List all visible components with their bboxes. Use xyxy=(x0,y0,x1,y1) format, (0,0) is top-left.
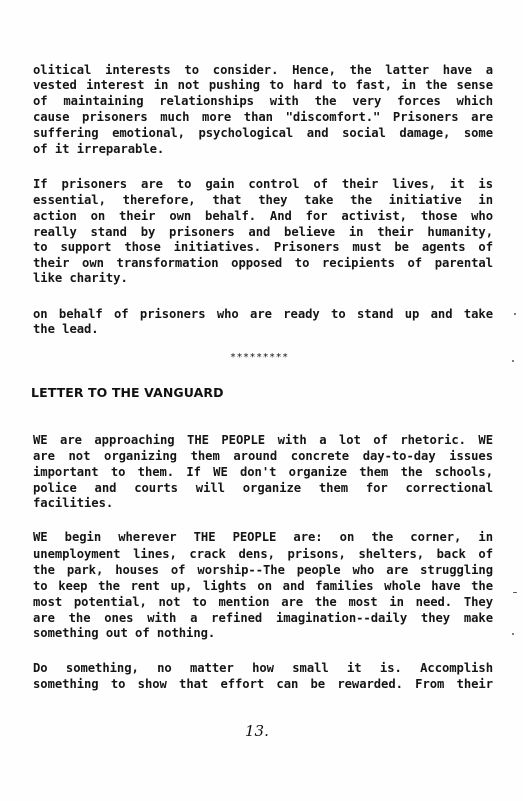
section-separator: ********* xyxy=(230,352,289,363)
paragraph-1-line-1: olitical interests to consider. Hence, t… xyxy=(33,63,493,78)
paragraph-2-line-5: to support those initiatives. Prisoners … xyxy=(33,240,493,255)
paragraph-2-line-1: If prisoners are to gain control of thei… xyxy=(33,177,493,192)
paragraph-2-line-7: like charity. xyxy=(33,271,493,286)
paragraph-1-line-2: vested interest in not pushing to hard t… xyxy=(33,78,493,93)
section-paragraph-2-line-3: the park, houses of worship--The people … xyxy=(33,563,493,578)
section-paragraph-1-line-5: facilities. xyxy=(33,496,493,511)
paragraph-1-line-4: cause prisoners much more than "discomfo… xyxy=(33,110,493,125)
paragraph-2-line-3: action on their own behalf. And for acti… xyxy=(33,209,493,224)
section-paragraph-2-line-1: WE begin wherever THE PEOPLE are: on the… xyxy=(33,530,493,545)
scan-speck xyxy=(512,633,514,635)
paragraph-2-line-2: essential, therefore, that they take the… xyxy=(33,193,493,208)
paragraph-3-line-2: the lead. xyxy=(33,322,493,337)
section-paragraph-3-line-1: Do something, no matter how small it is.… xyxy=(33,661,493,676)
page-number: 13. xyxy=(245,722,269,740)
paragraph-1-line-3: of maintaining relationships with the ve… xyxy=(33,94,493,109)
section-heading: LETTER TO THE VANGUARD xyxy=(31,385,224,400)
section-paragraph-1-line-2: are not organizing them around concrete … xyxy=(33,449,493,464)
section-paragraph-2-line-4: to keep the rent up, lights on and famil… xyxy=(33,579,493,594)
section-paragraph-1-line-4: police and courts will organize them for… xyxy=(33,481,493,496)
section-paragraph-2-line-5: most potential, not to mention are the m… xyxy=(33,595,493,610)
section-paragraph-2-line-2: unemployment lines, crack dens, prisons,… xyxy=(33,547,493,562)
section-paragraph-1-line-1: WE are approaching THE PEOPLE with a lot… xyxy=(33,433,493,448)
paragraph-3-line-1: on behalf of prisoners who are ready to … xyxy=(33,307,493,322)
section-paragraph-2-line-7: something out of nothing. xyxy=(33,626,493,641)
paragraph-1-line-5: suffering emotional, psychological and s… xyxy=(33,126,493,141)
document-page: olitical interests to consider. Hence, t… xyxy=(0,0,523,801)
paragraph-1-line-6: of it irreparable. xyxy=(33,142,493,157)
scan-speck xyxy=(512,360,514,362)
section-paragraph-2-line-6: are the ones with a refined imagination-… xyxy=(33,611,493,626)
scan-speck xyxy=(513,592,517,593)
paragraph-2-line-4: really stand by prisoners and believe in… xyxy=(33,225,493,240)
section-paragraph-3-line-2: something to show that effort can be rew… xyxy=(33,677,493,692)
scan-speck xyxy=(514,313,516,315)
section-paragraph-1-line-3: important to them. If WE don't organize … xyxy=(33,465,493,480)
paragraph-2-line-6: their own transformation opposed to reci… xyxy=(33,256,493,271)
